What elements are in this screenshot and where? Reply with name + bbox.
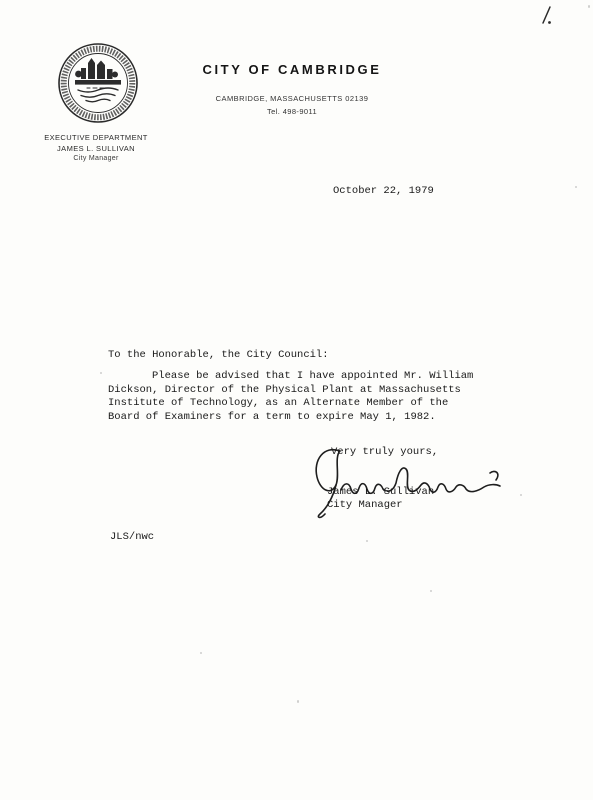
letter-date: October 22, 1979 [333, 185, 434, 197]
scan-speck [100, 372, 102, 374]
manager-title: City Manager [18, 154, 174, 164]
reference-initials: JLS/nwc [110, 531, 154, 543]
body-line: Institute of Technology, as an Alternate… [108, 397, 473, 411]
scan-speck [588, 5, 590, 8]
handwritten-page-number-icon [536, 4, 562, 30]
scan-speck [200, 652, 202, 654]
scan-speck [366, 540, 368, 542]
letterhead-address: CAMBRIDGE, MASSACHUSETTS 02139 [180, 94, 404, 103]
body-line: Please be advised that I have appointed … [108, 370, 473, 384]
scan-speck [297, 700, 299, 703]
city-seal-icon [57, 42, 139, 124]
salutation: To the Honorable, the City Council: [108, 349, 329, 361]
letterhead: CITY OF CAMBRIDGE CAMBRIDGE, MASSACHUSET… [180, 62, 404, 116]
letterhead-phone: Tel. 498-9011 [180, 107, 404, 116]
executive-department-block: EXECUTIVE DEPARTMENT JAMES L. SULLIVAN C… [18, 132, 174, 164]
manager-name: JAMES L. SULLIVAN [18, 143, 174, 154]
scan-speck [575, 186, 577, 188]
signer-title: City Manager [327, 499, 403, 511]
body-line: Dickson, Director of the Physical Plant … [108, 384, 473, 398]
closing-line: Very truly yours, [331, 446, 438, 458]
body-line: Board of Examiners for a term to expire … [108, 411, 473, 425]
scan-speck [520, 494, 522, 496]
letter-body: Please be advised that I have appointed … [108, 370, 473, 424]
letterhead-title: CITY OF CAMBRIDGE [180, 62, 404, 77]
signer-name: James L. Sullivan [327, 486, 434, 498]
scan-speck [430, 590, 432, 592]
letter-page: EXECUTIVE DEPARTMENT JAMES L. SULLIVAN C… [0, 0, 593, 800]
department-name: EXECUTIVE DEPARTMENT [18, 132, 174, 143]
